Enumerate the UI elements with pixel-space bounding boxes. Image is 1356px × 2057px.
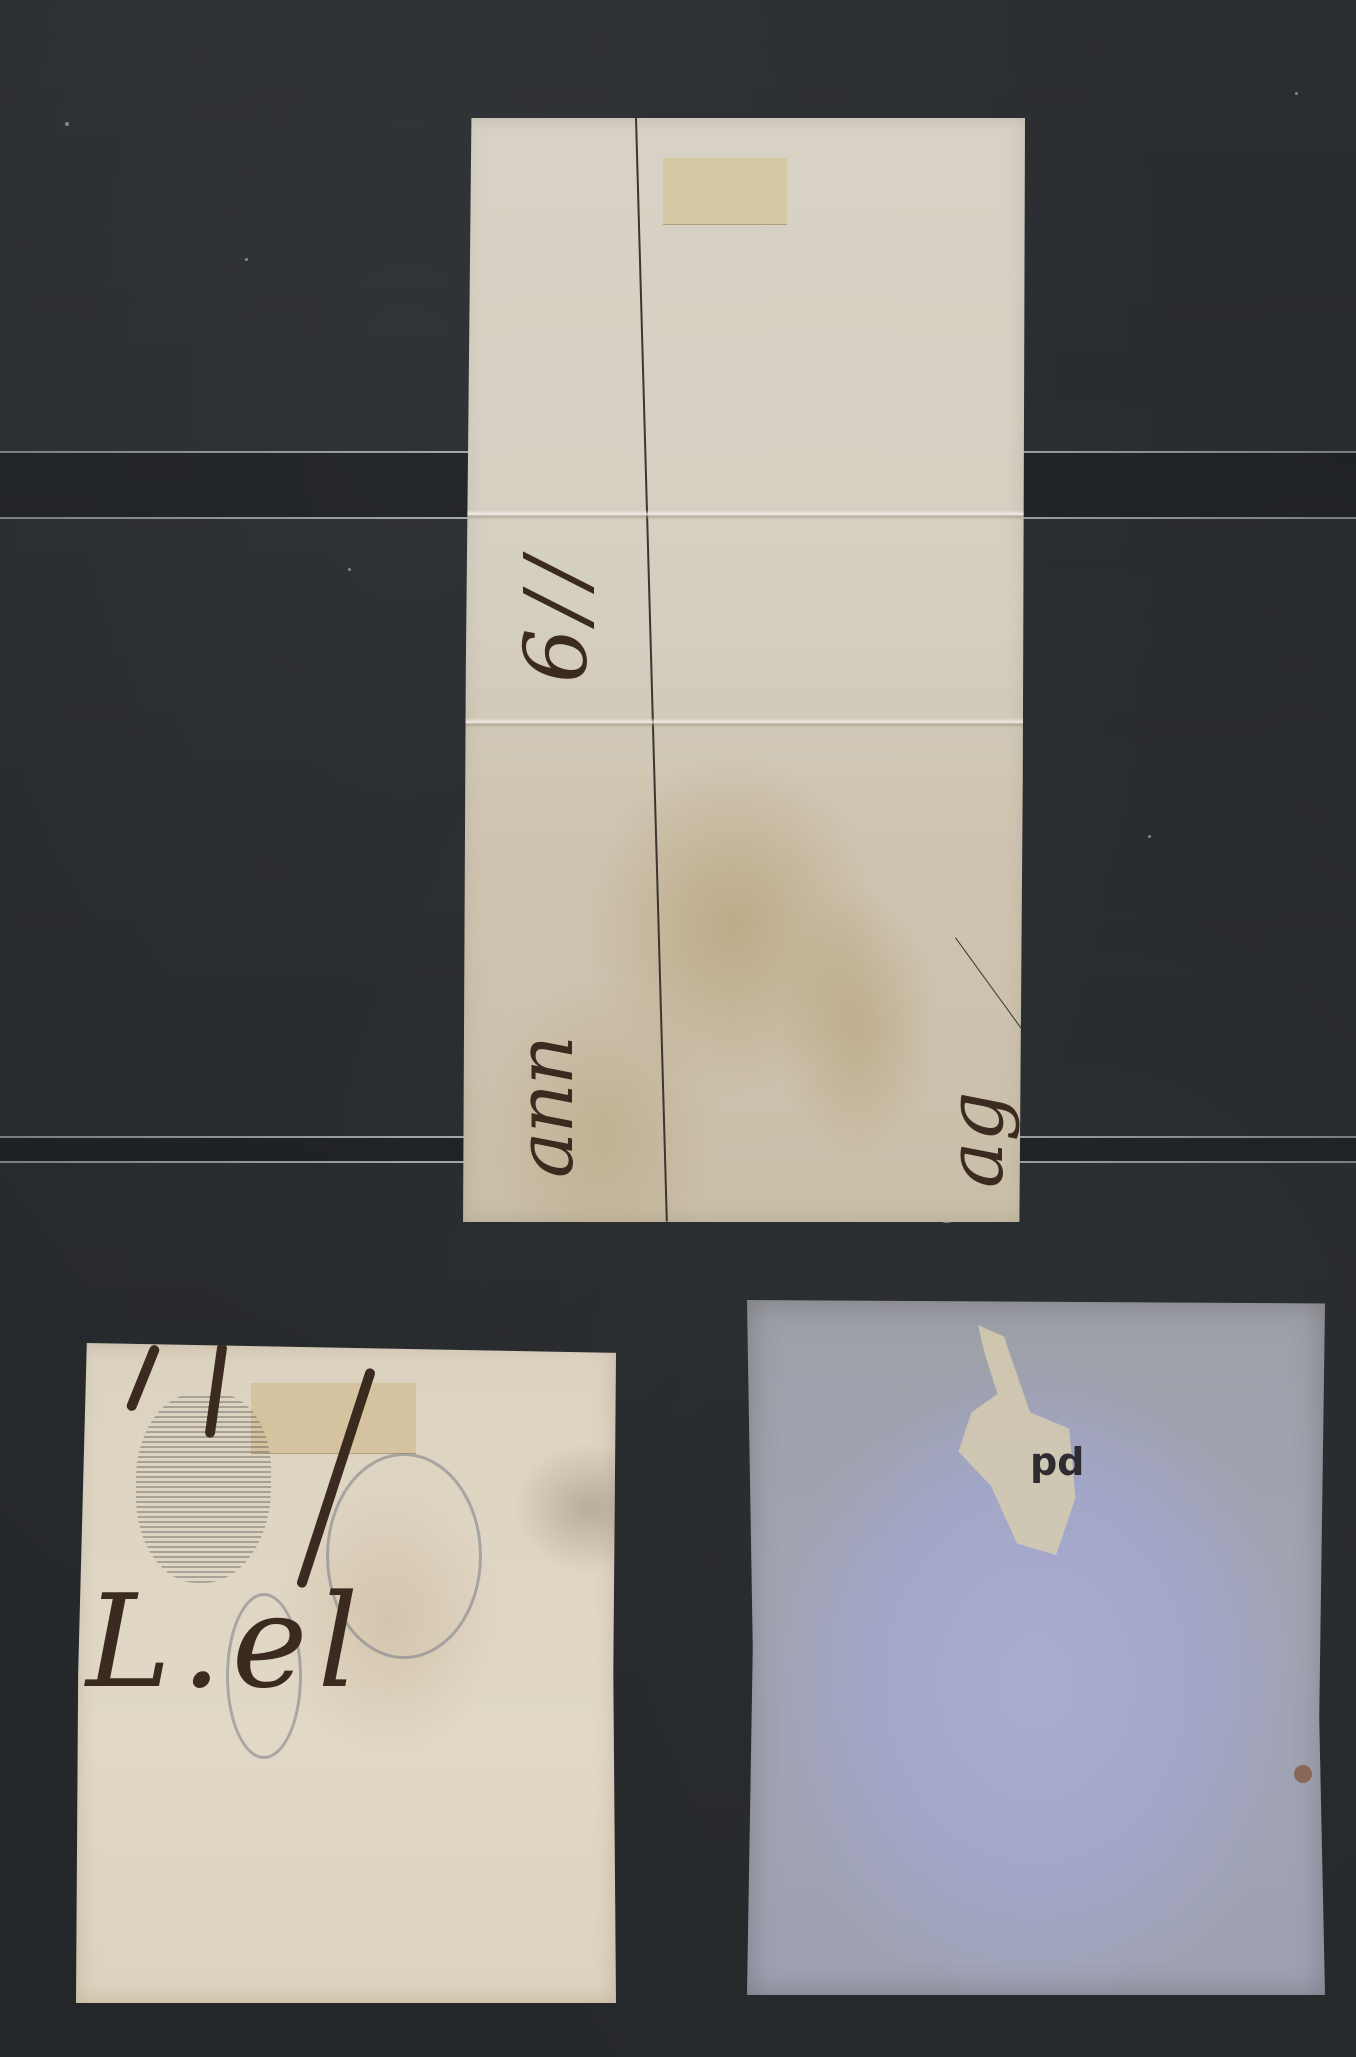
printed-mark: pd [1030, 1445, 1084, 1489]
stamp-back-top-strip: 6// ann ag [463, 118, 1025, 1222]
manuscript-word-right: ag [931, 1092, 1021, 1188]
dust-speck [1148, 835, 1151, 838]
ink-stroke [125, 1344, 160, 1413]
thin-paper-patch [952, 1325, 1082, 1555]
manuscript-word: L.el [86, 1568, 368, 1717]
rust-spot [1294, 1765, 1312, 1783]
ruled-line [635, 118, 667, 1222]
offset-sketch [136, 1393, 271, 1583]
dust-speck [1295, 92, 1298, 95]
dust-speck [348, 568, 351, 571]
stamp-back-bottom-left: L.el [76, 1343, 616, 2003]
manuscript-word-left: ann [501, 1037, 591, 1178]
stamp-back-bottom-right: pd [747, 1300, 1325, 1995]
hinge-remnant [663, 158, 787, 225]
manuscript-number: 6// [507, 552, 607, 683]
paper-fold [463, 718, 1025, 728]
dust-speck [65, 122, 69, 126]
paper-fold [463, 510, 1025, 520]
hinge-remnant [251, 1383, 416, 1454]
dust-speck [245, 258, 248, 261]
